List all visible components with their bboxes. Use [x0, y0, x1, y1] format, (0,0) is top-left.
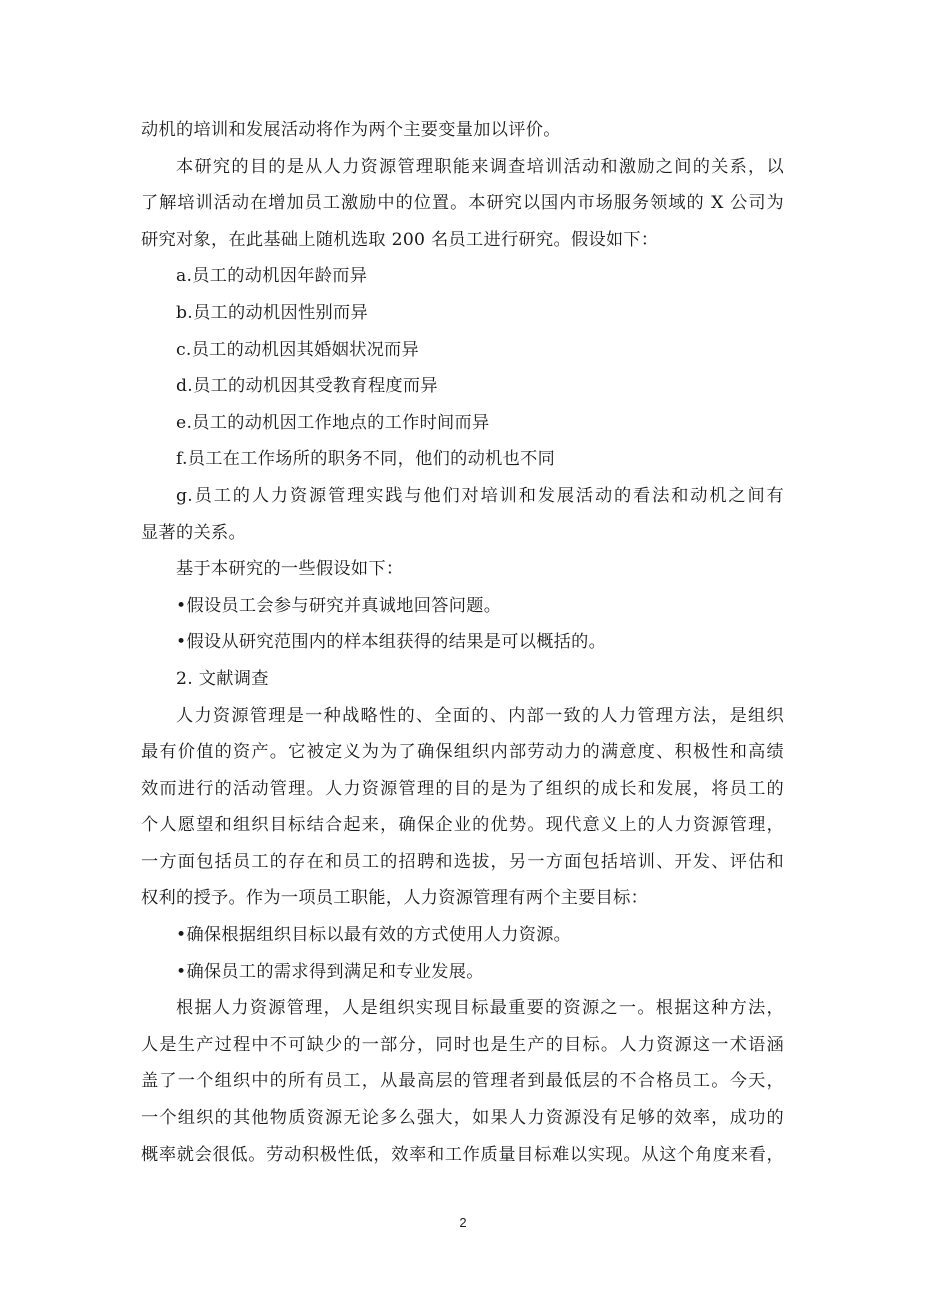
text-line: 动机的培训和发展活动将作为两个主要变量加以评价。 [141, 112, 784, 149]
text-line: 人力资源管理是一种战略性的、全面的、内部一致的人力管理方法，是组织 [141, 698, 784, 735]
assumption-list: •假设员工会参与研究并真诚地回答问题。 •假设从研究范围内的样本组获得的结果是可… [141, 588, 784, 661]
hrm-goals-list: •确保根据组织目标以最有效的方式使用人力资源。 •确保员工的需求得到满足和专业发… [141, 917, 784, 990]
text-line: 人是生产过程中不可缺少的一部分，同时也是生产的目标。人力资源这一术语涵 [141, 1027, 784, 1064]
text-line: 一个组织的其他物质资源无论多么强大，如果人力资源没有足够的效率，成功的 [141, 1100, 784, 1137]
text-line: 一方面包括员工的存在和员工的招聘和选拔，另一方面包括培训、开发、评估和 [141, 844, 784, 881]
assumption-bullet: •假设员工会参与研究并真诚地回答问题。 [141, 588, 784, 625]
section-heading-literature-review: 2. 文献调查 [141, 661, 784, 698]
hypothesis-list: a.员工的动机因年龄而异 b.员工的动机因性别而异 c.员工的动机因其婚姻状况而… [141, 258, 784, 478]
text-line: 根据人力资源管理，人是组织实现目标最重要的资源之一。根据这种方法， [141, 990, 784, 1027]
text-line: 本研究的目的是从人力资源管理职能来调查培训活动和激励之间的关系，以 [141, 149, 784, 186]
text-line: 了解培训活动在增加员工激励中的位置。本研究以国内市场服务领域的 X 公司为 [141, 185, 784, 222]
paragraph-research-purpose: 本研究的目的是从人力资源管理职能来调查培训活动和激励之间的关系，以 了解培训活动… [141, 149, 784, 259]
assumption-bullet: •假设从研究范围内的样本组获得的结果是可以概括的。 [141, 624, 784, 661]
text-line: g.员工的人力资源管理实践与他们对培训和发展活动的看法和动机之间有 [141, 478, 784, 515]
hrm-goal-bullet: •确保根据组织目标以最有效的方式使用人力资源。 [141, 917, 784, 954]
text-line: 个人愿望和组织目标结合起来，确保企业的优势。现代意义上的人力资源管理， [141, 807, 784, 844]
hypothesis-item-a: a.员工的动机因年龄而异 [141, 258, 784, 295]
paragraph-continuation: 动机的培训和发展活动将作为两个主要变量加以评价。 [141, 112, 784, 149]
hypothesis-item-d: d.员工的动机因其受教育程度而异 [141, 368, 784, 405]
text-line: 显著的关系。 [141, 515, 784, 552]
hypothesis-item-e: e.员工的动机因工作地点的工作时间而异 [141, 405, 784, 442]
text-line: 效而进行的活动管理。人力资源管理的目的是为了组织的成长和发展，将员工的 [141, 771, 784, 808]
page-number: 2 [0, 1215, 926, 1230]
document-page: 动机的培训和发展活动将作为两个主要变量加以评价。 本研究的目的是从人力资源管理职… [141, 112, 784, 1173]
hrm-goal-bullet: •确保员工的需求得到满足和专业发展。 [141, 954, 784, 991]
paragraph-people-as-resource: 根据人力资源管理，人是组织实现目标最重要的资源之一。根据这种方法， 人是生产过程… [141, 990, 784, 1173]
hypothesis-item-b: b.员工的动机因性别而异 [141, 295, 784, 332]
paragraph-hrm-definition: 人力资源管理是一种战略性的、全面的、内部一致的人力管理方法，是组织 最有价值的资… [141, 698, 784, 918]
text-line: 研究对象，在此基础上随机选取 200 名员工进行研究。假设如下： [141, 222, 784, 259]
text-line: 最有价值的资产。它被定义为为了确保组织内部劳动力的满意度、积极性和高绩 [141, 734, 784, 771]
text-line: 盖了一个组织中的所有员工，从最高层的管理者到最低层的不合格员工。今天， [141, 1063, 784, 1100]
hypothesis-item-c: c.员工的动机因其婚姻状况而异 [141, 332, 784, 369]
hypothesis-item-g: g.员工的人力资源管理实践与他们对培训和发展活动的看法和动机之间有 显著的关系。 [141, 478, 784, 551]
text-line: 概率就会很低。劳动积极性低，效率和工作质量目标难以实现。从这个角度来看， [141, 1137, 784, 1174]
hypothesis-item-f: f.员工在工作场所的职务不同，他们的动机也不同 [141, 441, 784, 478]
text-line: 权利的授予。作为一项员工职能，人力资源管理有两个主要目标： [141, 880, 784, 917]
assumptions-intro: 基于本研究的一些假设如下： [141, 551, 784, 588]
